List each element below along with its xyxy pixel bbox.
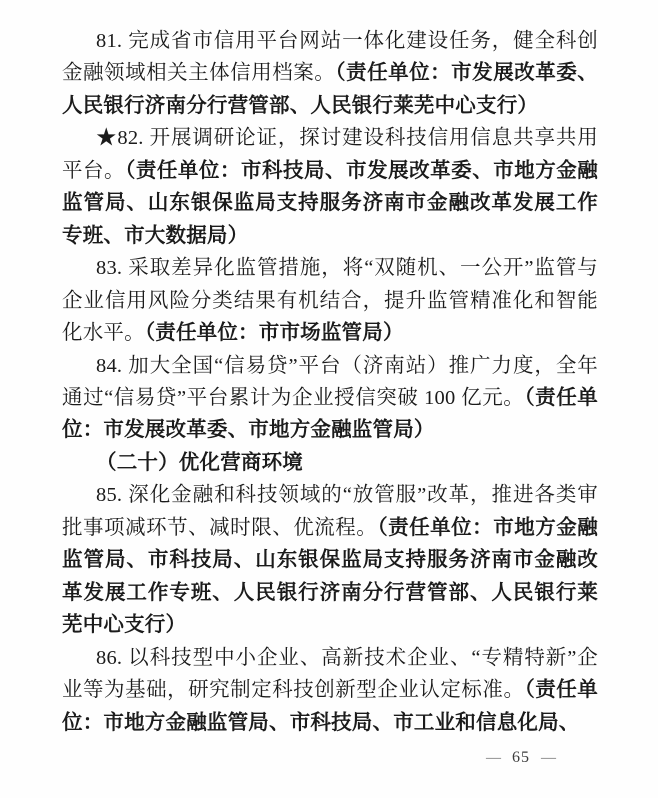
page-number-right-dash: —: [541, 750, 556, 767]
paragraph-86: 86. 以科技型中小企业、高新技术企业、“专精特新”企业等为基础，研究制定科技创…: [62, 642, 598, 739]
paragraph-82-starred: ★82. 开展调研论证，探讨建设科技信用信息共享共用平台。（责任单位：市科技局、…: [62, 122, 598, 252]
section-heading-20-text: （二十）优化营商环境: [96, 452, 303, 474]
paragraph-86-text: 86. 以科技型中小企业、高新技术企业、“专精特新”企业等为基础，研究制定科技创…: [62, 647, 598, 701]
paragraph-83: 83. 采取差异化监管措施，将“双随机、一公开”监管与企业信用风险分类结果有机结…: [62, 252, 598, 349]
page-number-left-dash: —: [486, 750, 501, 767]
section-heading-20: （二十）优化营商环境: [62, 447, 598, 479]
document-page: 81. 完成省市信用平台网站一体化建设任务，健全科创金融领域相关主体信用档案。（…: [0, 0, 658, 798]
paragraph-85: 85. 深化金融和科技领域的“放管服”改革，推进各类审批事项减环节、减时限、优流…: [62, 479, 598, 641]
paragraph-84: 84. 加大全国“信易贷”平台（济南站）推广力度，全年通过“信易贷”平台累计为企…: [62, 350, 598, 447]
paragraph-83-responsible-unit: （责任单位：市市场监管局）: [145, 322, 404, 344]
paragraph-81: 81. 完成省市信用平台网站一体化建设任务，健全科创金融领域相关主体信用档案。（…: [62, 25, 598, 122]
paragraph-84-text: 84. 加大全国“信易贷”平台（济南站）推广力度，全年通过“信易贷”平台累计为企…: [62, 355, 598, 409]
paragraph-82-responsible-unit: （责任单位：市科技局、市发展改革委、市地方金融监管局、山东银保监局支持服务济南市…: [62, 160, 598, 247]
page-number: — 65 —: [486, 749, 556, 767]
page-number-value: 65: [512, 749, 530, 767]
document-body: 81. 完成省市信用平台网站一体化建设任务，健全科创金融领域相关主体信用档案。（…: [62, 25, 598, 739]
